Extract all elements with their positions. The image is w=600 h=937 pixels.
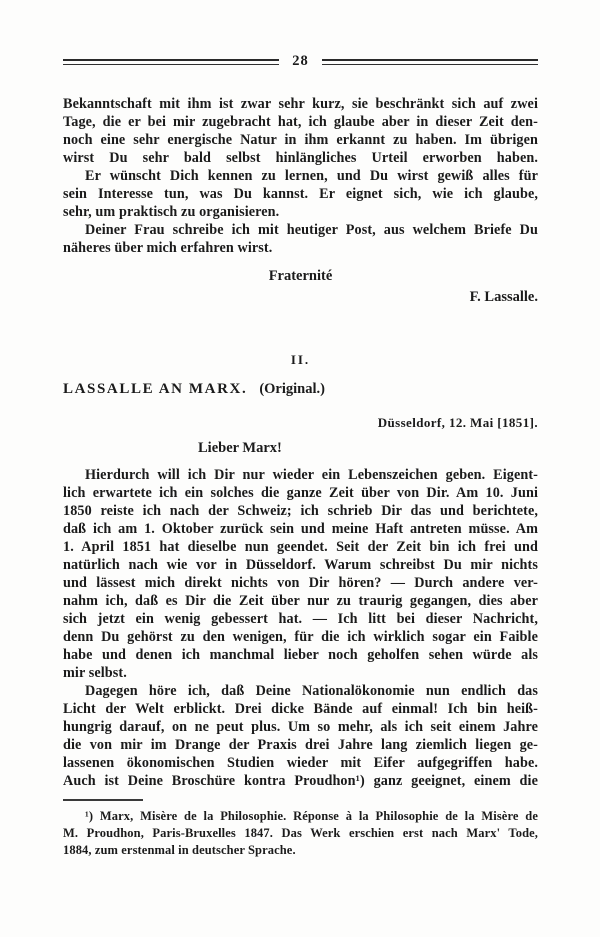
text-line: Auch ist Deine Broschüre kontra Proudhon… xyxy=(63,772,538,790)
letter-title-caps: LASSALLE AN MARX. xyxy=(63,381,247,397)
paragraph: ¹) Marx, Misère de la Philosophie. Répon… xyxy=(63,808,538,859)
section-number: II. xyxy=(63,351,538,369)
letter-two: II. LASSALLE AN MARX.(Original.) Düsseld… xyxy=(63,351,538,790)
running-head: 28 xyxy=(63,53,538,70)
paragraph: Dagegen höre ich, daß Deine Nationalökon… xyxy=(63,682,538,790)
paragraph: Er wünscht Dich kennen zu lernen, und Du… xyxy=(63,167,538,221)
text-line: näheres über mich erfahren wirst. xyxy=(63,239,538,257)
text-line: nahm ich, daß es Dir die Zeit über nur z… xyxy=(63,592,538,610)
text-line: Deiner Frau schreibe ich mit heutiger Po… xyxy=(63,221,538,239)
salutation: Lieber Marx! xyxy=(63,439,538,457)
text-line: sein Interesse tun, was Du kannst. Er ei… xyxy=(63,185,538,203)
text-line: M. Proudhon, Paris-Bruxelles 1847. Das W… xyxy=(63,825,538,842)
closing-fraternite: Fraternité xyxy=(63,267,538,285)
text-line: sehr, um praktisch zu organisieren. xyxy=(63,203,538,221)
header-rule-right xyxy=(322,59,538,65)
paragraph: Hierdurch will ich Dir nur wieder ein Le… xyxy=(63,466,538,682)
text-line: Licht der Welt erblickt. Drei dicke Bänd… xyxy=(63,700,538,718)
footnote-block: ¹) Marx, Misère de la Philosophie. Répon… xyxy=(63,799,538,859)
dateline: Düsseldorf, 12. Mai [1851]. xyxy=(63,414,538,431)
signature-lassalle: F. Lassalle. xyxy=(63,288,538,306)
text-line: 1. April 1851 hat dieselbe nun geendet. … xyxy=(63,538,538,556)
text-line: sich jetzt ein wenig gebessert hat. — Ic… xyxy=(63,610,538,628)
text-line: und lässest mich direkt nichts von Dir h… xyxy=(63,574,538,592)
text-line: noch eine sehr energische Natur in ihm e… xyxy=(63,131,538,149)
page-number: 28 xyxy=(292,53,309,70)
text-line: die von mir im Drange der Praxis drei Ja… xyxy=(63,736,538,754)
letter-one-ending: Bekanntschaft mit ihm ist zwar sehr kurz… xyxy=(63,95,538,306)
text-line: daß ich am 1. Oktober zurück sein und me… xyxy=(63,520,538,538)
footnote-separator-rule xyxy=(63,799,143,801)
text-line: habe und denen ich manchmal lieber noch … xyxy=(63,646,538,664)
text-line: lassenen ökonomischen Studien wieder mit… xyxy=(63,754,538,772)
paragraph: Deiner Frau schreibe ich mit heutiger Po… xyxy=(63,221,538,257)
paragraph: Bekanntschaft mit ihm ist zwar sehr kurz… xyxy=(63,95,538,167)
letter-title-annotation: (Original.) xyxy=(259,381,325,397)
page-body: Bekanntschaft mit ihm ist zwar sehr kurz… xyxy=(63,95,538,859)
text-line: denn Du gehörst zu den wenigen, für die … xyxy=(63,628,538,646)
text-line: 1884, zum erstenmal in deutscher Sprache… xyxy=(63,842,538,859)
book-page: 28 Bekanntschaft mit ihm ist zwar sehr k… xyxy=(0,0,600,937)
text-line: Bekanntschaft mit ihm ist zwar sehr kurz… xyxy=(63,95,538,113)
footnote-text: ¹) Marx, Misère de la Philosophie. Répon… xyxy=(63,808,538,859)
header-rule-left xyxy=(63,59,279,65)
text-line: hungrig darauf, on ne peut plus. Um so m… xyxy=(63,718,538,736)
text-line: wirst Du sehr bald selbst hinlängliches … xyxy=(63,149,538,167)
text-line: natürlich nach wie vor in Düsseldorf. Wa… xyxy=(63,556,538,574)
letter-two-paragraphs: Hierdurch will ich Dir nur wieder ein Le… xyxy=(63,466,538,790)
text-line: mir selbst. xyxy=(63,664,538,682)
letter-one-paragraphs: Bekanntschaft mit ihm ist zwar sehr kurz… xyxy=(63,95,538,257)
text-line: lich erwartete ich ein solches die ganze… xyxy=(63,484,538,502)
text-line: Hierdurch will ich Dir nur wieder ein Le… xyxy=(63,466,538,484)
letter-title: LASSALLE AN MARX.(Original.) xyxy=(63,380,538,398)
text-line: Dagegen höre ich, daß Deine Nationalökon… xyxy=(63,682,538,700)
text-line: Tage, die er bei mir zugebracht hat, ich… xyxy=(63,113,538,131)
text-line: Er wünscht Dich kennen zu lernen, und Du… xyxy=(63,167,538,185)
text-line: 1850 reiste ich nach der Schweiz; ich sc… xyxy=(63,502,538,520)
text-line: ¹) Marx, Misère de la Philosophie. Répon… xyxy=(63,808,538,825)
